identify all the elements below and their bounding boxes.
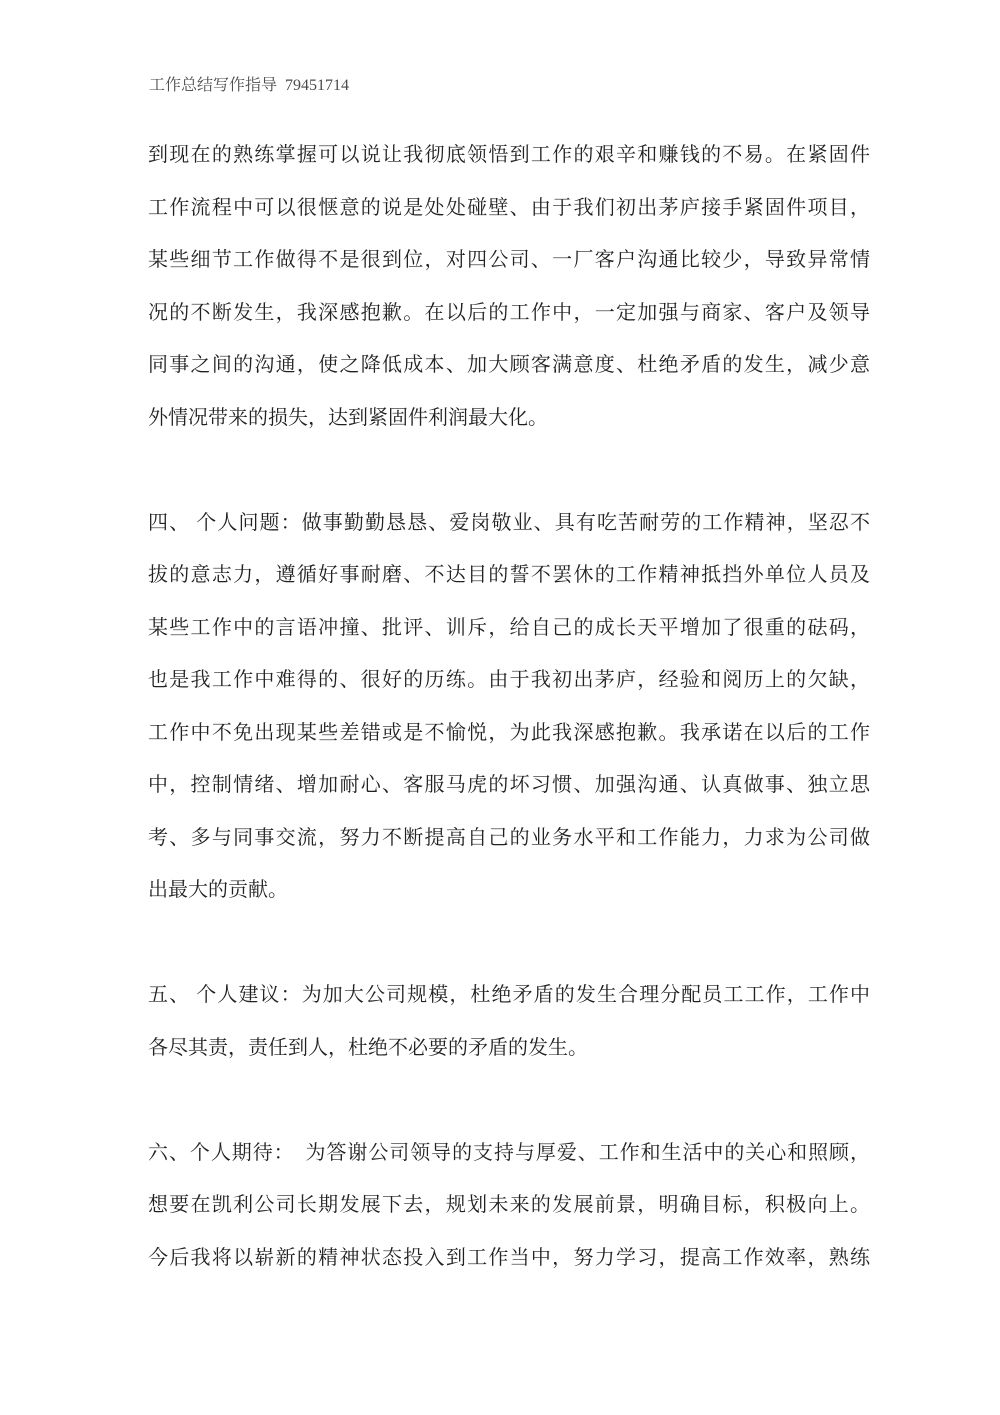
text-line: 今后我将以崭新的精神状态投入到工作当中，努力学习，提高工作效率，熟练 [148, 1232, 870, 1285]
text-line: 同事之间的沟通，使之降低成本、加大顾客满意度、杜绝矛盾的发生，减少意 [148, 339, 870, 392]
document-header-text: 工作总结写作指导 79451714 [149, 76, 871, 96]
paragraph: 到现在的熟练掌握可以说让我彻底领悟到工作的艰辛和赚钱的不易。在紧固件 工作流程中… [148, 129, 870, 444]
text-line: 拔的意志力，遵循好事耐磨、不达目的誓不罢休的工作精神抵挡外单位人员及 [148, 549, 870, 602]
paragraph: 五、 个人建议：为加大公司规模，杜绝矛盾的发生合理分配员工工作，工作中 各尽其责… [148, 969, 870, 1074]
text-line: 况的不断发生，我深感抱歉。在以后的工作中，一定加强与商家、客户及领导 [148, 287, 870, 340]
text-line: 某些细节工作做得不是很到位，对四公司、一厂客户沟通比较少，导致异常情 [148, 234, 870, 287]
text-line: 想要在凯利公司长期发展下去，规划未来的发展前景，明确目标，积极向上。 [148, 1179, 870, 1232]
text-line: 各尽其责，责任到人，杜绝不必要的矛盾的发生。 [148, 1022, 870, 1075]
document-page: 工作总结写作指导 79451714 到现在的熟练掌握可以说让我彻底领悟到工作的艰… [0, 0, 1000, 1415]
text-line: 四、 个人问题：做事勤勤恳恳、爱岗敬业、具有吃苦耐劳的工作精神，坚忍不 [148, 497, 870, 550]
text-line: 出最大的贡献。 [148, 864, 870, 917]
text-line: 工作流程中可以很惬意的说是处处碰壁、由于我们初出茅庐接手紧固件项目， [148, 182, 870, 235]
text-line: 六、个人期待： 为答谢公司领导的支持与厚爱、工作和生活中的关心和照顾， [148, 1127, 870, 1180]
paragraph: 四、 个人问题：做事勤勤恳恳、爱岗敬业、具有吃苦耐劳的工作精神，坚忍不 拔的意志… [148, 497, 870, 917]
document-body: 到现在的熟练掌握可以说让我彻底领悟到工作的艰辛和赚钱的不易。在紧固件 工作流程中… [148, 129, 870, 1284]
text-line: 到现在的熟练掌握可以说让我彻底领悟到工作的艰辛和赚钱的不易。在紧固件 [148, 129, 870, 182]
text-line: 也是我工作中难得的、很好的历练。由于我初出茅庐，经验和阅历上的欠缺， [148, 654, 870, 707]
text-line: 外情况带来的损失，达到紧固件利润最大化。 [148, 392, 870, 445]
text-line: 考、多与同事交流，努力不断提高自己的业务水平和工作能力，力求为公司做 [148, 812, 870, 865]
text-line: 五、 个人建议：为加大公司规模，杜绝矛盾的发生合理分配员工工作，工作中 [148, 969, 870, 1022]
paragraph: 六、个人期待： 为答谢公司领导的支持与厚爱、工作和生活中的关心和照顾， 想要在凯… [148, 1127, 870, 1285]
text-line: 中，控制情绪、增加耐心、客服马虎的坏习惯、加强沟通、认真做事、独立思 [148, 759, 870, 812]
text-line: 工作中不免出现某些差错或是不愉悦，为此我深感抱歉。我承诺在以后的工作 [148, 707, 870, 760]
text-line: 某些工作中的言语冲撞、批评、训斥，给自己的成长天平增加了很重的砝码， [148, 602, 870, 655]
